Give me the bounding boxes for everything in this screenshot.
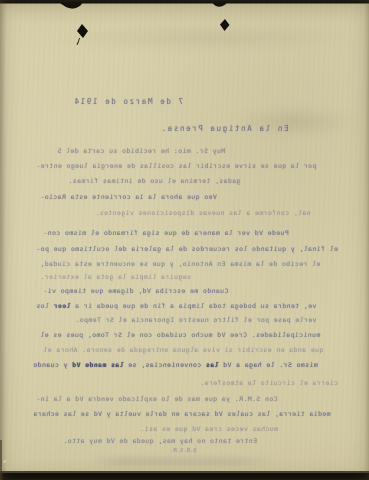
typed-line: media tierra, las cuales Vd sacara en da… bbox=[33, 410, 331, 418]
typed-line: por la que se sirve escribir las cosilla… bbox=[36, 162, 316, 170]
typed-line: gadas, termina el uso de intimas firmas. bbox=[68, 177, 241, 185]
typed-line-addressee: En la Antigua Prensa. bbox=[160, 124, 288, 133]
typed-line: muchas veces crea Vd que es asi. bbox=[140, 425, 278, 433]
left-edge-shade bbox=[0, 440, 2, 480]
typed-line: Cuando me escriba Vd, digame que tiempo … bbox=[43, 287, 228, 295]
bleedthrough-ghost-line bbox=[91, 457, 277, 466]
tear-hole-top-right bbox=[210, 0, 229, 7]
bottom-edge-bar bbox=[0, 473, 369, 480]
typed-line: el final, y quitando los recuerdos de la… bbox=[36, 245, 338, 253]
bold-word: las bbox=[206, 361, 219, 369]
scan-edges-and-tears bbox=[0, 0, 369, 480]
paper-vignette bbox=[0, 0, 369, 480]
typed-line: que anda en escribir si vive alguna entr… bbox=[43, 346, 323, 354]
bottom-edge-shade bbox=[0, 471, 369, 474]
typed-line: verle pase por el filtro nuestro Ignoran… bbox=[75, 316, 317, 324]
typed-line: cierra el circuito la atmosfera. bbox=[200, 379, 338, 387]
paper-smudge-top bbox=[55, 28, 355, 48]
typed-line: nal, conforme a las nuevas disposiciones… bbox=[95, 209, 311, 217]
typed-line-with-bold: ve, tendra su bodega toda limpia a fin d… bbox=[36, 302, 316, 310]
typed-line: Puede Vd ver la manera de que siga firma… bbox=[43, 229, 289, 237]
typed-line: seguira limpia la gota al exterior. bbox=[40, 273, 191, 281]
tear-hole-top-left bbox=[58, 0, 84, 9]
typed-line: municipalidades. Cree Vd mucho cuidado c… bbox=[40, 331, 320, 339]
typed-line: Muy Sr. mio: he recibido su carta del 5 bbox=[57, 147, 225, 155]
paper-speck bbox=[3, 460, 6, 463]
typed-line: Veo que ahora la 1a corriente esta Racio… bbox=[40, 193, 217, 201]
bold-word: las mande Vd bbox=[72, 361, 124, 369]
scanned-letter-page: 7 de Marzo de 1914 En la Antigua Prensa.… bbox=[0, 0, 369, 480]
typed-line-date: 7 de Marzo de 1914 bbox=[73, 97, 183, 106]
bold-word: leer bbox=[53, 302, 70, 310]
typed-line: Con S.M.R. ya que mas de lo explicado ve… bbox=[36, 395, 278, 403]
top-edge-bar bbox=[0, 0, 369, 4]
typed-line-postscript: Q.B.S.M. bbox=[170, 448, 196, 454]
typed-line: el recibo de la misma En Antonio, y que … bbox=[40, 260, 320, 268]
typed-line-with-bold: mismo Sr. le haga a Vd las conveniencias… bbox=[33, 361, 318, 369]
typed-line-closing: Entre tanto no hay mas, queda de Vd muy … bbox=[63, 437, 257, 445]
